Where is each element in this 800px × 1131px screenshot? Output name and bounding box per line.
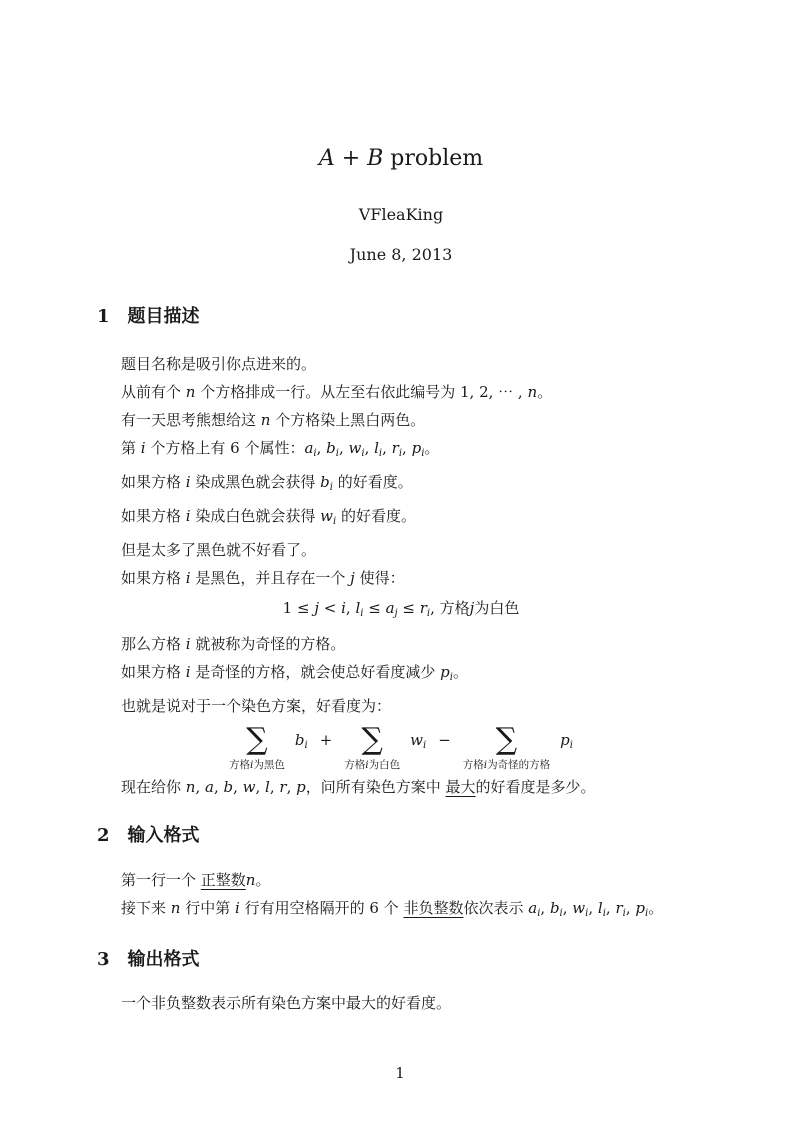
document-page: A + B problem VFleaKing June 8, 2013 1 题… bbox=[0, 0, 800, 1131]
section-2-heading: 2 输入格式 bbox=[97, 825, 705, 847]
paragraph-line: 但是太多了黑色就不好看了。 bbox=[97, 536, 705, 564]
section-3-title: 输出格式 bbox=[128, 949, 200, 971]
doc-title: A + B problem bbox=[97, 146, 705, 172]
sigma-wrap: ∑ 方格i为白色 bbox=[344, 723, 400, 771]
display-formula-beauty-sum: ∑ 方格i为黑色 bi + ∑ 方格i为白色 wi − ∑ 方格i为奇怪的方格 … bbox=[97, 723, 705, 771]
sum-summand: pi bbox=[560, 723, 573, 763]
section-1-number: 1 bbox=[97, 306, 110, 328]
sigma-icon: ∑ bbox=[362, 723, 383, 757]
sum-limit: 方格i为奇怪的方格 bbox=[463, 759, 550, 771]
sum-term-black: ∑ 方格i为黑色 bi bbox=[229, 723, 308, 771]
sum-term-white: ∑ 方格i为白色 wi bbox=[344, 723, 426, 771]
paragraph-line: 那么方格 i 就被称为奇怪的方格。 bbox=[97, 630, 705, 658]
section-2-title: 输入格式 bbox=[128, 825, 200, 847]
paragraph-line: 如果方格 i 是黑色，并且存在一个 j 使得： bbox=[97, 564, 705, 592]
doc-date: June 8, 2013 bbox=[97, 245, 705, 264]
paragraph-line: 接下来 n 行中第 i 行有用空格隔开的 6 个 非负整数依次表示 ai, bi… bbox=[97, 894, 705, 928]
sigma-wrap: ∑ 方格i为黑色 bbox=[229, 723, 285, 771]
sum-summand: wi bbox=[410, 723, 426, 763]
paragraph-line: 如果方格 i 染成白色就会获得 wi 的好看度。 bbox=[97, 502, 705, 536]
section-1-title: 题目描述 bbox=[128, 306, 200, 328]
sigma-icon: ∑ bbox=[496, 723, 517, 757]
paragraph-line: 现在给你 n, a, b, w, l, r, p，问所有染色方案中 最大的好看度… bbox=[97, 773, 705, 801]
sigma-wrap: ∑ 方格i为奇怪的方格 bbox=[463, 723, 550, 771]
sum-term-strange: ∑ 方格i为奇怪的方格 pi bbox=[463, 723, 573, 771]
section-1-heading: 1 题目描述 bbox=[97, 306, 705, 328]
sum-limit: 方格i为白色 bbox=[344, 759, 400, 771]
section-3-heading: 3 输出格式 bbox=[97, 949, 705, 971]
paragraph-line: 一个非负整数表示所有染色方案中最大的好看度。 bbox=[97, 989, 705, 1017]
paragraph-line: 如果方格 i 染成黑色就会获得 bi 的好看度。 bbox=[97, 468, 705, 502]
page-number: 1 bbox=[0, 1064, 800, 1082]
paragraph-line: 第 i 个方格上有 6 个属性：ai, bi, wi, li, ri, pi。 bbox=[97, 434, 705, 468]
sum-limit: 方格i为黑色 bbox=[229, 759, 285, 771]
paragraph-line: 也就是说对于一个染色方案，好看度为： bbox=[97, 692, 705, 720]
section-2-number: 2 bbox=[97, 825, 110, 847]
minus-operator: − bbox=[438, 723, 451, 757]
paragraph-line: 第一行一个 正整数n。 bbox=[97, 866, 705, 894]
paragraph-line: 题目名称是吸引你点进来的。 bbox=[97, 350, 705, 378]
paragraph-line: 从前有个 n 个方格排成一行。从左至右依此编号为 1, 2, ⋯ , n。 bbox=[97, 378, 705, 406]
section-3-number: 3 bbox=[97, 949, 110, 971]
display-formula-condition: 1 ≤ j < i, li ≤ aj ≤ ri, 方格j为白色 bbox=[97, 594, 705, 628]
plus-operator: + bbox=[320, 723, 333, 757]
doc-author: VFleaKing bbox=[97, 205, 705, 224]
paragraph-line: 有一天思考熊想给这 n 个方格染上黑白两色。 bbox=[97, 406, 705, 434]
paragraph-line: 如果方格 i 是奇怪的方格，就会使总好看度减少 pi。 bbox=[97, 658, 705, 692]
sum-summand: bi bbox=[295, 723, 308, 763]
sigma-icon: ∑ bbox=[246, 723, 267, 757]
